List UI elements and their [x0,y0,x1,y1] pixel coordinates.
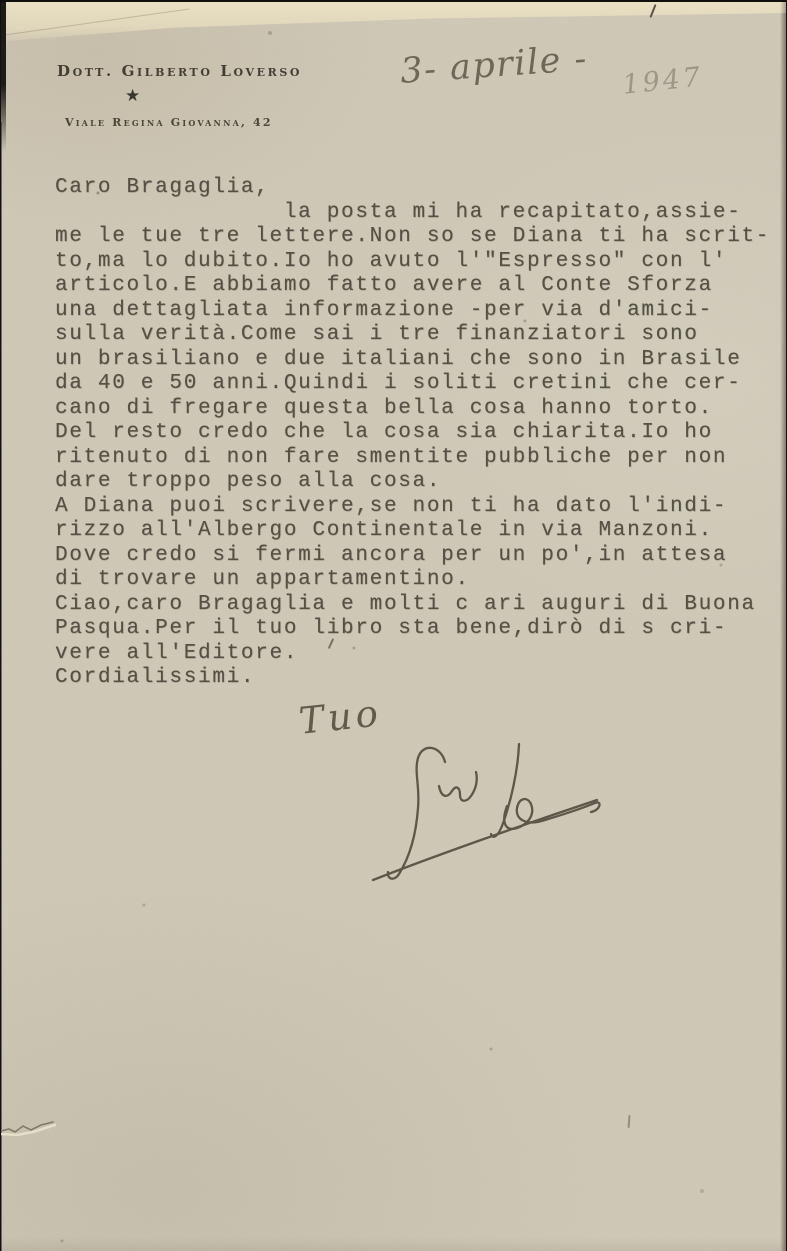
signature-text: Gil Lov [359,734,363,735]
signature-scrawl: Gil Lov [359,734,614,892]
letterhead-name: Dott. Gilberto Loverso [57,62,302,80]
pencil-year-annotation: 1947 [621,62,705,101]
star-icon: ★ [125,88,140,105]
paper-edge-left [1,122,2,1251]
letterhead-address: Viale Regina Giovanna, 42 [65,116,273,129]
ink-mark-bottom [628,1115,630,1128]
paper-specks [1,2,3,4]
scanned-letter-page: Dott. Gilberto Loverso ★ Viale Regina Gi… [1,2,786,1251]
paper-top-fold [1,2,786,48]
handwritten-date: 3- aprile - [399,39,589,92]
paper-tear [1,1108,63,1142]
typed-letter-body: Caro Bragaglia, la posta mi ha recapitat… [55,176,770,691]
paper-edge-right-shadow [780,2,786,1251]
